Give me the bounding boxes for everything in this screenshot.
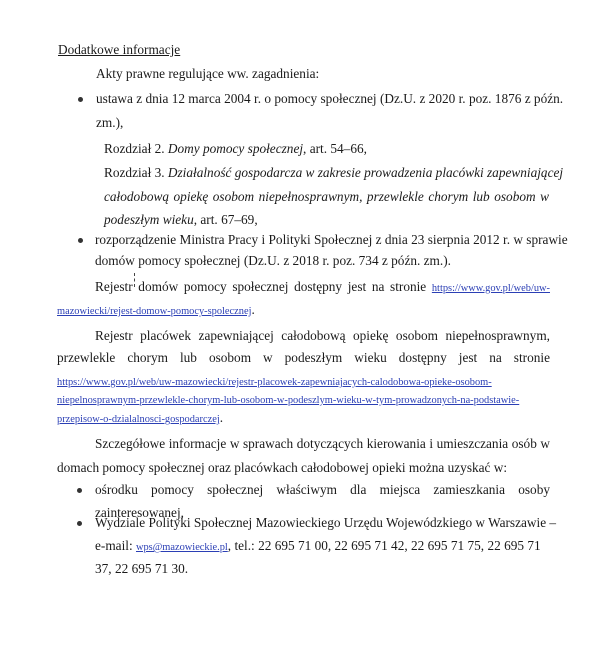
act-2-line-1: rozporządzenie Ministra Pracy i Polityki… [95, 232, 568, 248]
register-facilities-link-3: przepisow-o-dzialalnosci-gospodarczej. [57, 410, 223, 428]
register-dps-line-1: Rejestr domów pomocy społecznej dostępny… [95, 279, 550, 297]
details-line-2: domach pomocy społecznej oraz placówkach… [57, 460, 507, 476]
bullet-icon [78, 97, 83, 102]
chapter-3-line-2: całodobową opiekę osobom niepełnosprawny… [104, 189, 549, 205]
register-facilities-line-2: przewlekle chorym lub osobom w podeszłym… [57, 350, 550, 366]
register-facilities-line-1: Rejestr placówek zapewniającej całodobow… [95, 328, 550, 344]
register-dps-link[interactable]: https://www.gov.pl/web/uw- [432, 283, 550, 294]
bullet-icon [77, 488, 82, 493]
act-1-line-2: zm.), [96, 115, 123, 131]
section-heading: Dodatkowe informacje [58, 42, 180, 58]
intro-text: Akty prawne regulujące ww. zagadnienia: [96, 66, 319, 82]
register-facilities-link-2: niepelnosprawnym-przewlekle-chorym-lub-o… [57, 391, 519, 409]
contact-2-line-1: Wydziale Polityki Społecznej Mazowieckie… [95, 515, 556, 531]
bullet-icon [77, 521, 82, 526]
contact-2-line-3: 37, 22 695 71 30. [95, 561, 188, 577]
register-dps-link-cont[interactable]: mazowiecki/rejest-domow-pomocy-spoleczne… [57, 306, 251, 317]
register-facilities-link-1: https://www.gov.pl/web/uw-mazowiecki/rej… [57, 373, 492, 391]
bullet-icon [78, 238, 83, 243]
act-1-line-1: ustawa z dnia 12 marca 2004 r. o pomocy … [96, 91, 563, 107]
details-line-1: Szczegółowe informacje w sprawach dotycz… [95, 436, 550, 452]
chapter-3-line-3: podeszłym wieku, art. 67–69, [104, 212, 258, 228]
register-dps-line-2: mazowiecki/rejest-domow-pomocy-spoleczne… [57, 302, 255, 320]
contact-2-line-2: e-mail: wps@mazowieckie.pl, tel.: 22 695… [95, 538, 541, 556]
act-2-line-2: domów pomocy społecznej (Dz.U. z 2018 r.… [95, 253, 451, 269]
chapter-3-line-1: Rozdział 3. Działalność gospodarcza w za… [104, 165, 563, 181]
contact-1-line-1: ośrodku pomocy społecznej właściwym dla … [95, 482, 550, 498]
email-link[interactable]: wps@mazowieckie.pl [136, 542, 228, 553]
chapter-2: Rozdział 2. Domy pomocy społecznej, art.… [104, 141, 367, 157]
register-facilities-link-end[interactable]: przepisow-o-dzialalnosci-gospodarczej [57, 414, 220, 425]
register-facilities-link[interactable]: https://www.gov.pl/web/uw-mazowiecki/rej… [57, 377, 492, 388]
register-facilities-link-cont[interactable]: niepelnosprawnym-przewlekle-chorym-lub-o… [57, 395, 519, 406]
